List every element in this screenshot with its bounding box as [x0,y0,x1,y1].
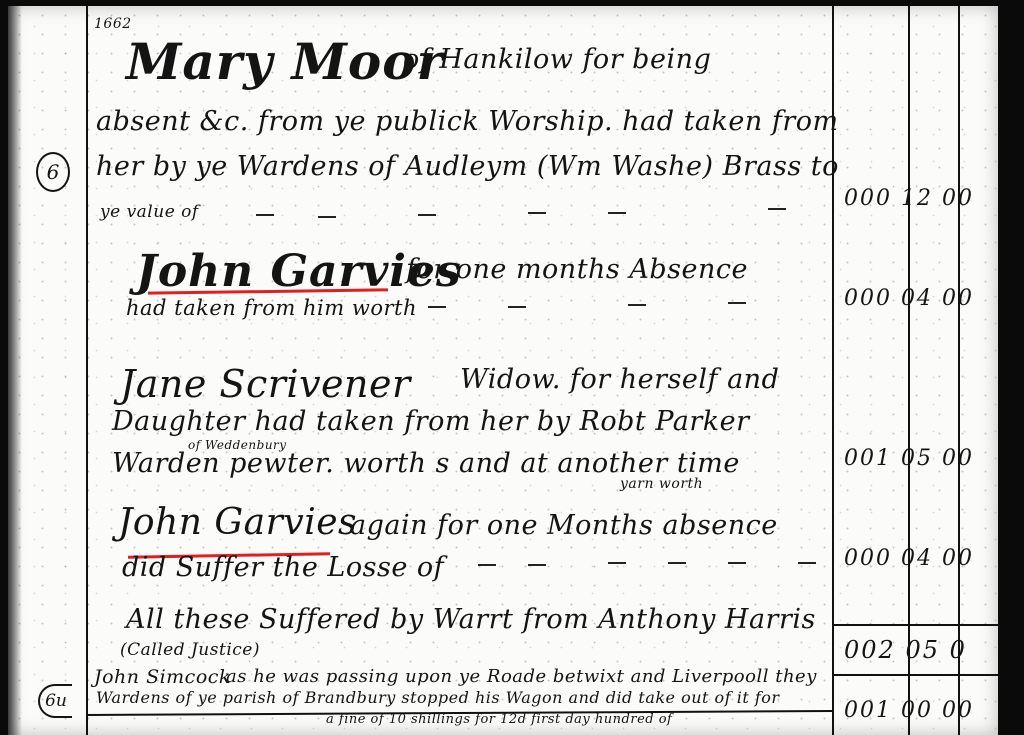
amount-value: 000 04 00 [844,286,974,311]
entry-line: ye value of [100,202,199,222]
filler-dash [798,562,816,564]
entry-name: Jane Scrivener [120,362,411,406]
entry-line: Warden pewter. worth s and at another ti… [112,448,740,479]
entry-line: Wardens of ye parish of Brandbury stoppe… [96,688,780,707]
total-bottom-rule [832,674,998,676]
filler-dash [418,214,436,216]
total-top-rule [832,624,998,626]
amount-value: 000 12 00 [844,186,974,211]
entry-interlinear-note: yarn worth [620,476,703,492]
year-note: 1662 [94,16,132,32]
entry-line: as he was passing upon ye Roade betwixt … [226,666,817,687]
summary-line: (Called Justice) [120,640,260,660]
margin-rule [86,6,88,735]
amount-value: 000 04 00 [844,546,974,571]
entry-line: had taken from him worth [126,296,417,320]
filler-dash [608,562,626,564]
filler-dash [256,214,274,216]
entry-line: again for one Months absence [350,510,778,541]
filler-dash [318,216,336,218]
filler-dash [728,562,746,564]
filler-dash [728,302,746,304]
entry-line: Widow. for herself and [460,364,779,395]
entry-line: a fine of 10 shillings for 12d first day… [326,712,672,727]
summary-line: All these Suffered by Warrt from Anthony… [126,604,816,635]
filler-dash [528,564,546,566]
entry-line: absent &c. from ye publick Worship. had … [96,106,839,137]
entry-name: John Simcock [94,666,231,688]
entry-name: John Garvies [118,502,357,543]
filler-dash [528,212,546,214]
entry-line: her by ye Wardens of Audleym (Wm Washe) … [96,151,839,182]
filler-dash [478,564,496,566]
filler-dash [608,212,626,214]
binding-shadow [8,6,22,735]
manuscript-page: 1662 6 Mary Moor of Hankilow for being a… [8,6,998,735]
amount-value: 001 00 00 [844,698,974,723]
entry-line: of Hankilow for being [403,44,711,75]
filler-dash [628,304,646,306]
entry-line: Daughter had taken from her by Robt Park… [112,406,750,437]
total-amount-value: 002 05 0 [844,636,967,664]
entry-name: Mary Moor [126,32,444,91]
entry-number: 6u [38,684,72,718]
filler-dash [768,208,786,210]
entry-line: for one months Absence [406,254,748,285]
amount-value: 001 05 00 [844,446,974,471]
filler-dash [668,562,686,564]
entry-number: 6 [36,152,70,192]
filler-dash [428,306,446,308]
filler-dash [508,306,526,308]
entry-line: did Suffer the Losse of [122,552,444,583]
